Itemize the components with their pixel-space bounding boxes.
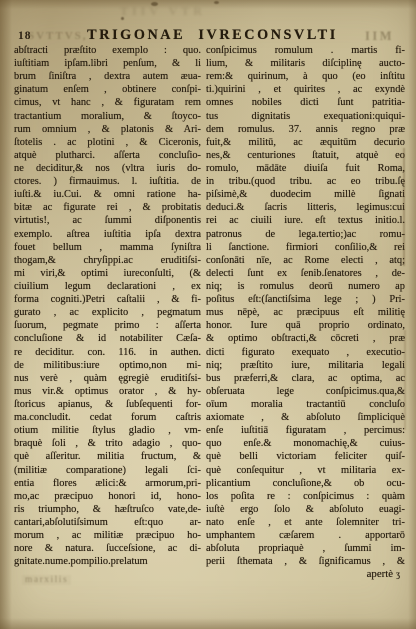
- scan-edge-shadow-left: [0, 0, 12, 629]
- text-line: què belli victoriam feliciter quiſ-: [206, 450, 405, 463]
- scan-artifact-line: [404, 330, 406, 430]
- text-line: abſoluta propriaquè , ſummi im-: [206, 542, 405, 555]
- text-line: gurato , ac explicito , pegmatum: [14, 306, 201, 319]
- ink-speck: [214, 1, 219, 4]
- text-line: què aſſeritur. militia fructum, &: [14, 450, 201, 463]
- text-line: nus verè , quàm ęgregiè eruditiſsi-: [14, 372, 201, 385]
- text-line: iuſti.& iu.Cui. & omni ratione ha-: [14, 188, 201, 201]
- text-line: fuit,& militū, ac æquitūm decurio: [206, 136, 405, 149]
- text-line: rei ac ciuili iure. eſt textus initio.l.: [206, 214, 405, 227]
- text-line: umphantem cæſarem . apportarō: [206, 529, 405, 542]
- ink-speck: [151, 2, 158, 6]
- text-line: ſtotelis . ac plotini , & Ciceronis,: [14, 136, 201, 149]
- text-line: nes,& centuriones ſtatuit, atquè eo: [206, 149, 405, 162]
- text-line: & optimo obſtracti,& cōcreti , præ: [206, 332, 405, 345]
- text-line: morum , ac militiæ præcipuo ho-: [14, 529, 201, 542]
- text-line: conſonāti nīe, ac Rome electi , atq;: [206, 254, 405, 267]
- text-line: exemplo. aſtrea iuſtitia ipſa dextra: [14, 228, 201, 241]
- text-line: virtutis!, ac ſummi diſponentis: [14, 214, 201, 227]
- text-column-left: abſtracti præſtito exemplo : quo.iuſtiti…: [14, 44, 201, 568]
- text-line: li ſanctione. firmiori conſilio,& rei: [206, 241, 405, 254]
- text-line: brum ſiniſtra , dextra autem æua-: [14, 70, 201, 83]
- text-line: nore & natura. ſucceſsione, ac di-: [14, 542, 201, 555]
- text-line: de militibus:iure optimo,non mi-: [14, 359, 201, 372]
- text-line: entia flores ælici:& armorum,pri-: [14, 477, 201, 490]
- catchword-row: apertèʒ: [367, 568, 400, 580]
- text-line: ctores. ) firmauimus. l. iuſtitia. de: [14, 175, 201, 188]
- catchword-mark: ʒ: [396, 569, 400, 579]
- text-line: bitæ ac figurate rei , & probitatis: [14, 201, 201, 214]
- text-line: plicantium concluſione,& ob ocu-: [206, 477, 405, 490]
- bleedthrough-text-bottom: marxilis: [22, 575, 71, 585]
- text-line: thogam,& chryſippi.ac eruditiſsi-: [14, 254, 201, 267]
- text-line: enſe iuſtitiā figuratam , percimus:: [206, 424, 405, 437]
- text-line: oīum moralia tractantiū concluſo: [206, 398, 405, 411]
- text-line: ginatum enſem , obtinere conſpi-: [14, 83, 201, 96]
- text-line: axiomate , & abſoluto ſimpliciquè: [206, 411, 405, 424]
- text-line: quo enſe.& monomachię,& cuius-: [206, 437, 405, 450]
- text-line: rum omnium , & platonis & Ari-: [14, 123, 201, 136]
- text-line: conſpicimus romulum . martis fi-: [206, 44, 405, 57]
- text-line: fouet bellum , mamma ſyniſtra: [14, 241, 201, 254]
- text-line: ſuorum, pegmate primo : aſſerta: [14, 319, 201, 332]
- text-line: ti.)quirini , et quirites , ac exyndè: [206, 83, 405, 96]
- text-line: los poſita re : conſpicimus : quàm: [206, 490, 405, 503]
- text-block: abſtracti præſtito exemplo : quo.iuſtiti…: [14, 44, 405, 568]
- text-line: braquè ſoli , & trito adagio , quo-: [14, 437, 201, 450]
- text-line: piſsimè,& duodecim millè ſignati: [206, 188, 405, 201]
- text-line: (militiæ comparatione) legali ſci-: [14, 464, 201, 477]
- text-line: bus præferri,& clara, ac optima, ac: [206, 372, 405, 385]
- text-line: concluſione & id notabiliter Cæſa-: [14, 332, 201, 345]
- text-line: ciuilium legum declarationi , ex: [14, 280, 201, 293]
- text-line: deduci.& ſacris litteris, legimus:cui: [206, 201, 405, 214]
- text-line: lium, & militaris diſciplinę aucto-: [206, 57, 405, 70]
- text-line: romulo, mādāte diuiſa fuit Roma,: [206, 162, 405, 175]
- scan-edge-shadow-top: [0, 0, 416, 9]
- text-line: niq; præſtito iure, militaria legali: [206, 359, 405, 372]
- running-title: TRIGONAE IVRECONSVLTI: [54, 27, 371, 44]
- text-line: cimus, vt hanc , & figuratam rem: [14, 96, 201, 109]
- page-number: 18: [18, 30, 32, 42]
- page-header: 18 TRIGONAE IVRECONSVLTI: [14, 27, 405, 44]
- text-line: delecti ſunt ex ſenib.ſenatores , de-: [206, 267, 405, 280]
- text-column-right: conſpicimus romulum . martis fi-lium, & …: [206, 44, 405, 568]
- text-line: mus nēpè, ac præcipuus eſt militię: [206, 306, 405, 319]
- text-line: atquè plutharci. aſſerta concluſio-: [14, 149, 201, 162]
- text-line: forma cogniti.)Petri caſtalii , & fi-: [14, 293, 201, 306]
- text-line: otium militie ſtylus gladio , vm-: [14, 424, 201, 437]
- text-line: gnitate.nume.pompilio.prelatum: [14, 555, 201, 568]
- text-line: abſtracti præſtito exemplo : quo.: [14, 44, 201, 57]
- text-line: què conſequitur , vt militaria ex-: [206, 464, 405, 477]
- text-line: mo,ac præcipuo honori id, hono-: [14, 490, 201, 503]
- text-line: mi viri,& optimi iureconſulti, (&: [14, 267, 201, 280]
- text-line: tus dignitatis exequationi:quiqui-: [206, 110, 405, 123]
- text-line: nato enſe , et ante ſolemniter tri-: [206, 516, 405, 529]
- catchword: apertè: [367, 568, 393, 580]
- text-line: mus vir.& optimus orator , & hy-: [14, 385, 201, 398]
- text-line: honor. Iure quā proprio ordinato,: [206, 319, 405, 332]
- text-line: ſtoricus apianus, & ſubſequenti for-: [14, 398, 201, 411]
- text-line: dem romulus. 37. annis regno præ: [206, 123, 405, 136]
- text-line: obſeruata lege conſpicimus.qua,&: [206, 385, 405, 398]
- text-line: poſitus eſt:(ſanctiſsima lege ; ) Pri-: [206, 293, 405, 306]
- text-line: patronus de lega.tertio;)ac romu-: [206, 228, 405, 241]
- scanned-page: TIIV VTR 18 TRIGONAE IVRECONSVLTI SVTTVS…: [0, 0, 416, 629]
- scan-artifact-line: [403, 148, 405, 266]
- text-line: niq; is romulus deorū numero ap: [206, 280, 405, 293]
- text-line: ris triumpho, & hæſtruſco vate,de-: [14, 503, 201, 516]
- scan-edge-shadow-bottom: [0, 618, 416, 629]
- text-line: ne deciditur,& nos (vltra iuris do-: [14, 162, 201, 175]
- text-line: iuſtè ergo ſolo & abſoluto euagi-: [206, 503, 405, 516]
- ink-speck: [121, 17, 124, 20]
- text-line: iuſtitiam ipſam.libri penſum, & li: [14, 57, 201, 70]
- text-line: in tribu.(quod tribu. ac eo tribu.ſę: [206, 175, 405, 188]
- text-line: perii ſthemata , & ſignificamus , &: [206, 555, 405, 568]
- text-line: rem:& quirinum, à quo (eo inſtitu: [206, 70, 405, 83]
- text-line: tractantium moralium, & ſtoyco-: [14, 110, 201, 123]
- text-line: cantari,abſolutiſsimum eſt:quo ar-: [14, 516, 201, 529]
- text-line: dicti figurato exequato , executio-: [206, 346, 405, 359]
- text-line: ma.concludit. cedat forum caſtris: [14, 411, 201, 424]
- bleedthrough-text-top: TIIV VTR: [120, 4, 206, 19]
- text-line: re deciditur. con. 116. in authen.: [14, 346, 201, 359]
- text-line: omnes nobiles dicti ſunt patritia-: [206, 96, 405, 109]
- scan-edge-shadow-right: [408, 0, 416, 629]
